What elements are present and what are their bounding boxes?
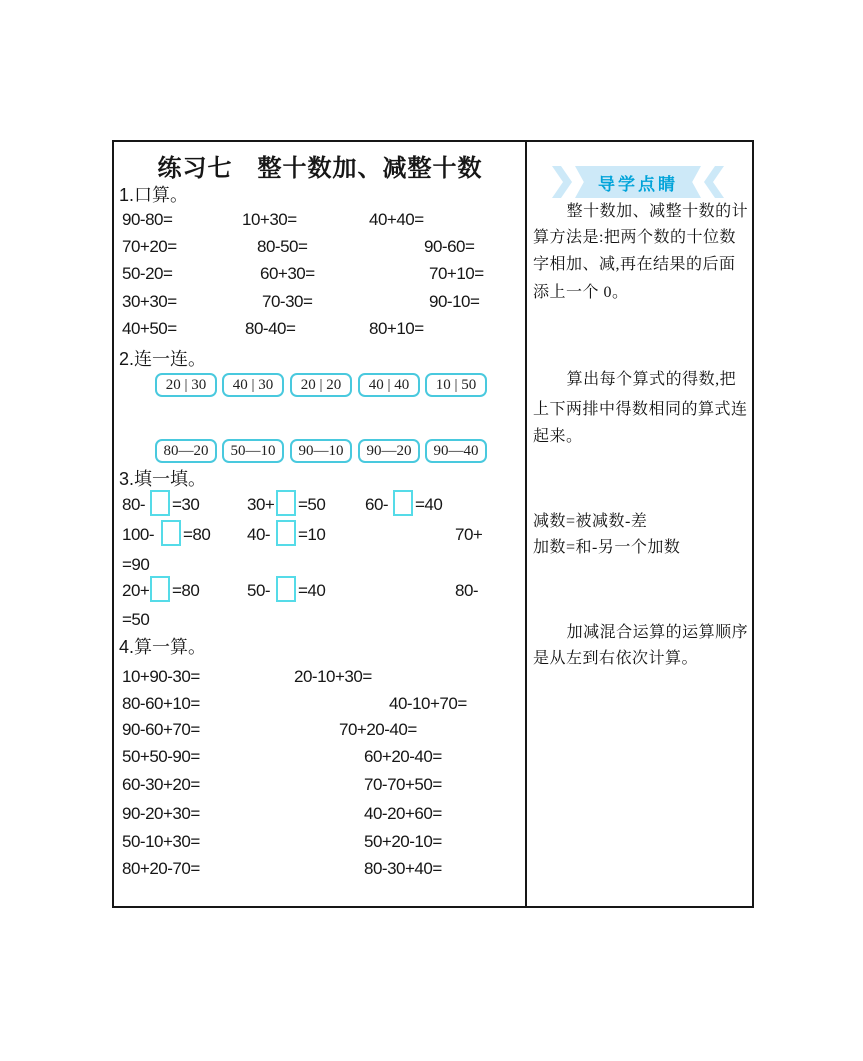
oral-expression: 80+10=: [369, 318, 424, 340]
formula-line: 减数=被减数-差: [533, 511, 753, 533]
fill-fragment: 80-: [122, 494, 145, 516]
connect-box: 20 | 20: [290, 373, 352, 397]
calc-expression: 80-30+40=: [364, 858, 442, 880]
tip-line: 算出每个算式的得数,把: [533, 369, 753, 391]
connect-box: 90—20: [358, 439, 420, 463]
oral-expression: 90-80=: [122, 209, 172, 231]
connect-box: 80—20: [155, 439, 217, 463]
tip-line: 字相加、减,再在结果的后面: [533, 254, 753, 276]
connect-box: 50—10: [222, 439, 284, 463]
section-3-label: 3.填一填。: [119, 468, 206, 490]
connect-box: 40 | 40: [358, 373, 420, 397]
answer-box: [150, 490, 170, 516]
calc-expression: 80+20-70=: [122, 858, 200, 880]
column-divider: [525, 142, 527, 906]
section-1-label: 1.口算。: [119, 184, 188, 206]
tip-line: 添上一个 0。: [533, 282, 753, 304]
banner-left-chevron-icon: [552, 166, 572, 198]
fill-fragment: =30: [172, 494, 199, 516]
oral-expression: 40+50=: [122, 318, 177, 340]
connect-box: 90—40: [425, 439, 487, 463]
answer-box: [276, 520, 296, 546]
calc-expression: 50-10+30=: [122, 831, 200, 853]
oral-expression: 70+20=: [122, 236, 177, 258]
connect-box: 40 | 30: [222, 373, 284, 397]
fill-fragment: =40: [298, 580, 325, 602]
fill-fragment: =50: [298, 494, 325, 516]
fill-fragment: =80: [172, 580, 199, 602]
tip-line: 算方法是:把两个数的十位数: [533, 227, 753, 249]
tip-line: 整十数加、减整十数的计: [533, 201, 753, 223]
oral-expression: 70-30=: [262, 291, 312, 313]
tip-line: 上下两排中得数相同的算式连: [533, 399, 753, 421]
fill-fragment: =80: [183, 524, 210, 546]
page-title: 练习七 整十数加、减整十数: [114, 148, 526, 183]
calc-expression: 80-60+10=: [122, 693, 200, 715]
calc-expression: 20-10+30=: [294, 666, 372, 688]
answer-box: [161, 520, 181, 546]
fill-fragment: 50-: [247, 580, 270, 602]
calc-expression: 60-30+20=: [122, 774, 200, 796]
section-4-label: 4.算一算。: [119, 636, 206, 658]
answer-box: [150, 576, 170, 602]
calc-expression: 70-70+50=: [364, 774, 442, 796]
calc-expression: 90-20+30=: [122, 803, 200, 825]
connect-box: 10 | 50: [425, 373, 487, 397]
fill-fragment: 40-: [247, 524, 270, 546]
oral-expression: 70+10=: [429, 263, 484, 285]
oral-expression: 30+30=: [122, 291, 177, 313]
fill-fragment: 80-: [455, 580, 478, 602]
banner-title: 导学点睛: [598, 170, 678, 195]
banner-ribbon: 导学点睛: [575, 166, 701, 198]
tip-line: 是从左到右依次计算。: [533, 648, 753, 670]
connect-box: 20 | 30: [155, 373, 217, 397]
fill-fragment: 100-: [122, 524, 154, 546]
formula-line: 加数=和-另一个加数: [533, 537, 753, 559]
fill-fragment: =90: [122, 554, 149, 576]
answer-box: [276, 576, 296, 602]
oral-expression: 50-20=: [122, 263, 172, 285]
calc-expression: 60+20-40=: [364, 746, 442, 768]
calc-expression: 90-60+70=: [122, 719, 200, 741]
fill-fragment: 20+: [122, 580, 149, 602]
answer-box: [276, 490, 296, 516]
oral-expression: 80-50=: [257, 236, 307, 258]
fill-fragment: 60-: [365, 494, 388, 516]
calc-expression: 40-20+60=: [364, 803, 442, 825]
worksheet-frame: 练习七 整十数加、减整十数 1.口算。 90-80= 10+30= 40+40=…: [112, 140, 754, 908]
oral-expression: 60+30=: [260, 263, 315, 285]
connect-box: 90—10: [290, 439, 352, 463]
calc-expression: 40-10+70=: [389, 693, 467, 715]
oral-expression: 90-60=: [424, 236, 474, 258]
calc-expression: 10+90-30=: [122, 666, 200, 688]
sidebar-banner: 导学点睛: [552, 166, 724, 198]
calc-expression: 50+50-90=: [122, 746, 200, 768]
fill-fragment: 70+: [455, 524, 482, 546]
tip-line: 起来。: [533, 426, 753, 448]
calc-expression: 70+20-40=: [339, 719, 417, 741]
fill-fragment: =40: [415, 494, 442, 516]
oral-expression: 90-10=: [429, 291, 479, 313]
section-2-label: 2.连一连。: [119, 348, 206, 370]
oral-expression: 80-40=: [245, 318, 295, 340]
fill-fragment: =50: [122, 609, 149, 631]
calc-expression: 50+20-10=: [364, 831, 442, 853]
oral-expression: 10+30=: [242, 209, 297, 231]
banner-right-chevron-icon: [704, 166, 724, 198]
answer-box: [393, 490, 413, 516]
oral-expression: 40+40=: [369, 209, 424, 231]
fill-fragment: =10: [298, 524, 325, 546]
fill-fragment: 30+: [247, 494, 274, 516]
page: 练习七 整十数加、减整十数 1.口算。 90-80= 10+30= 40+40=…: [0, 0, 863, 1061]
tip-line: 加减混合运算的运算顺序: [533, 622, 753, 644]
